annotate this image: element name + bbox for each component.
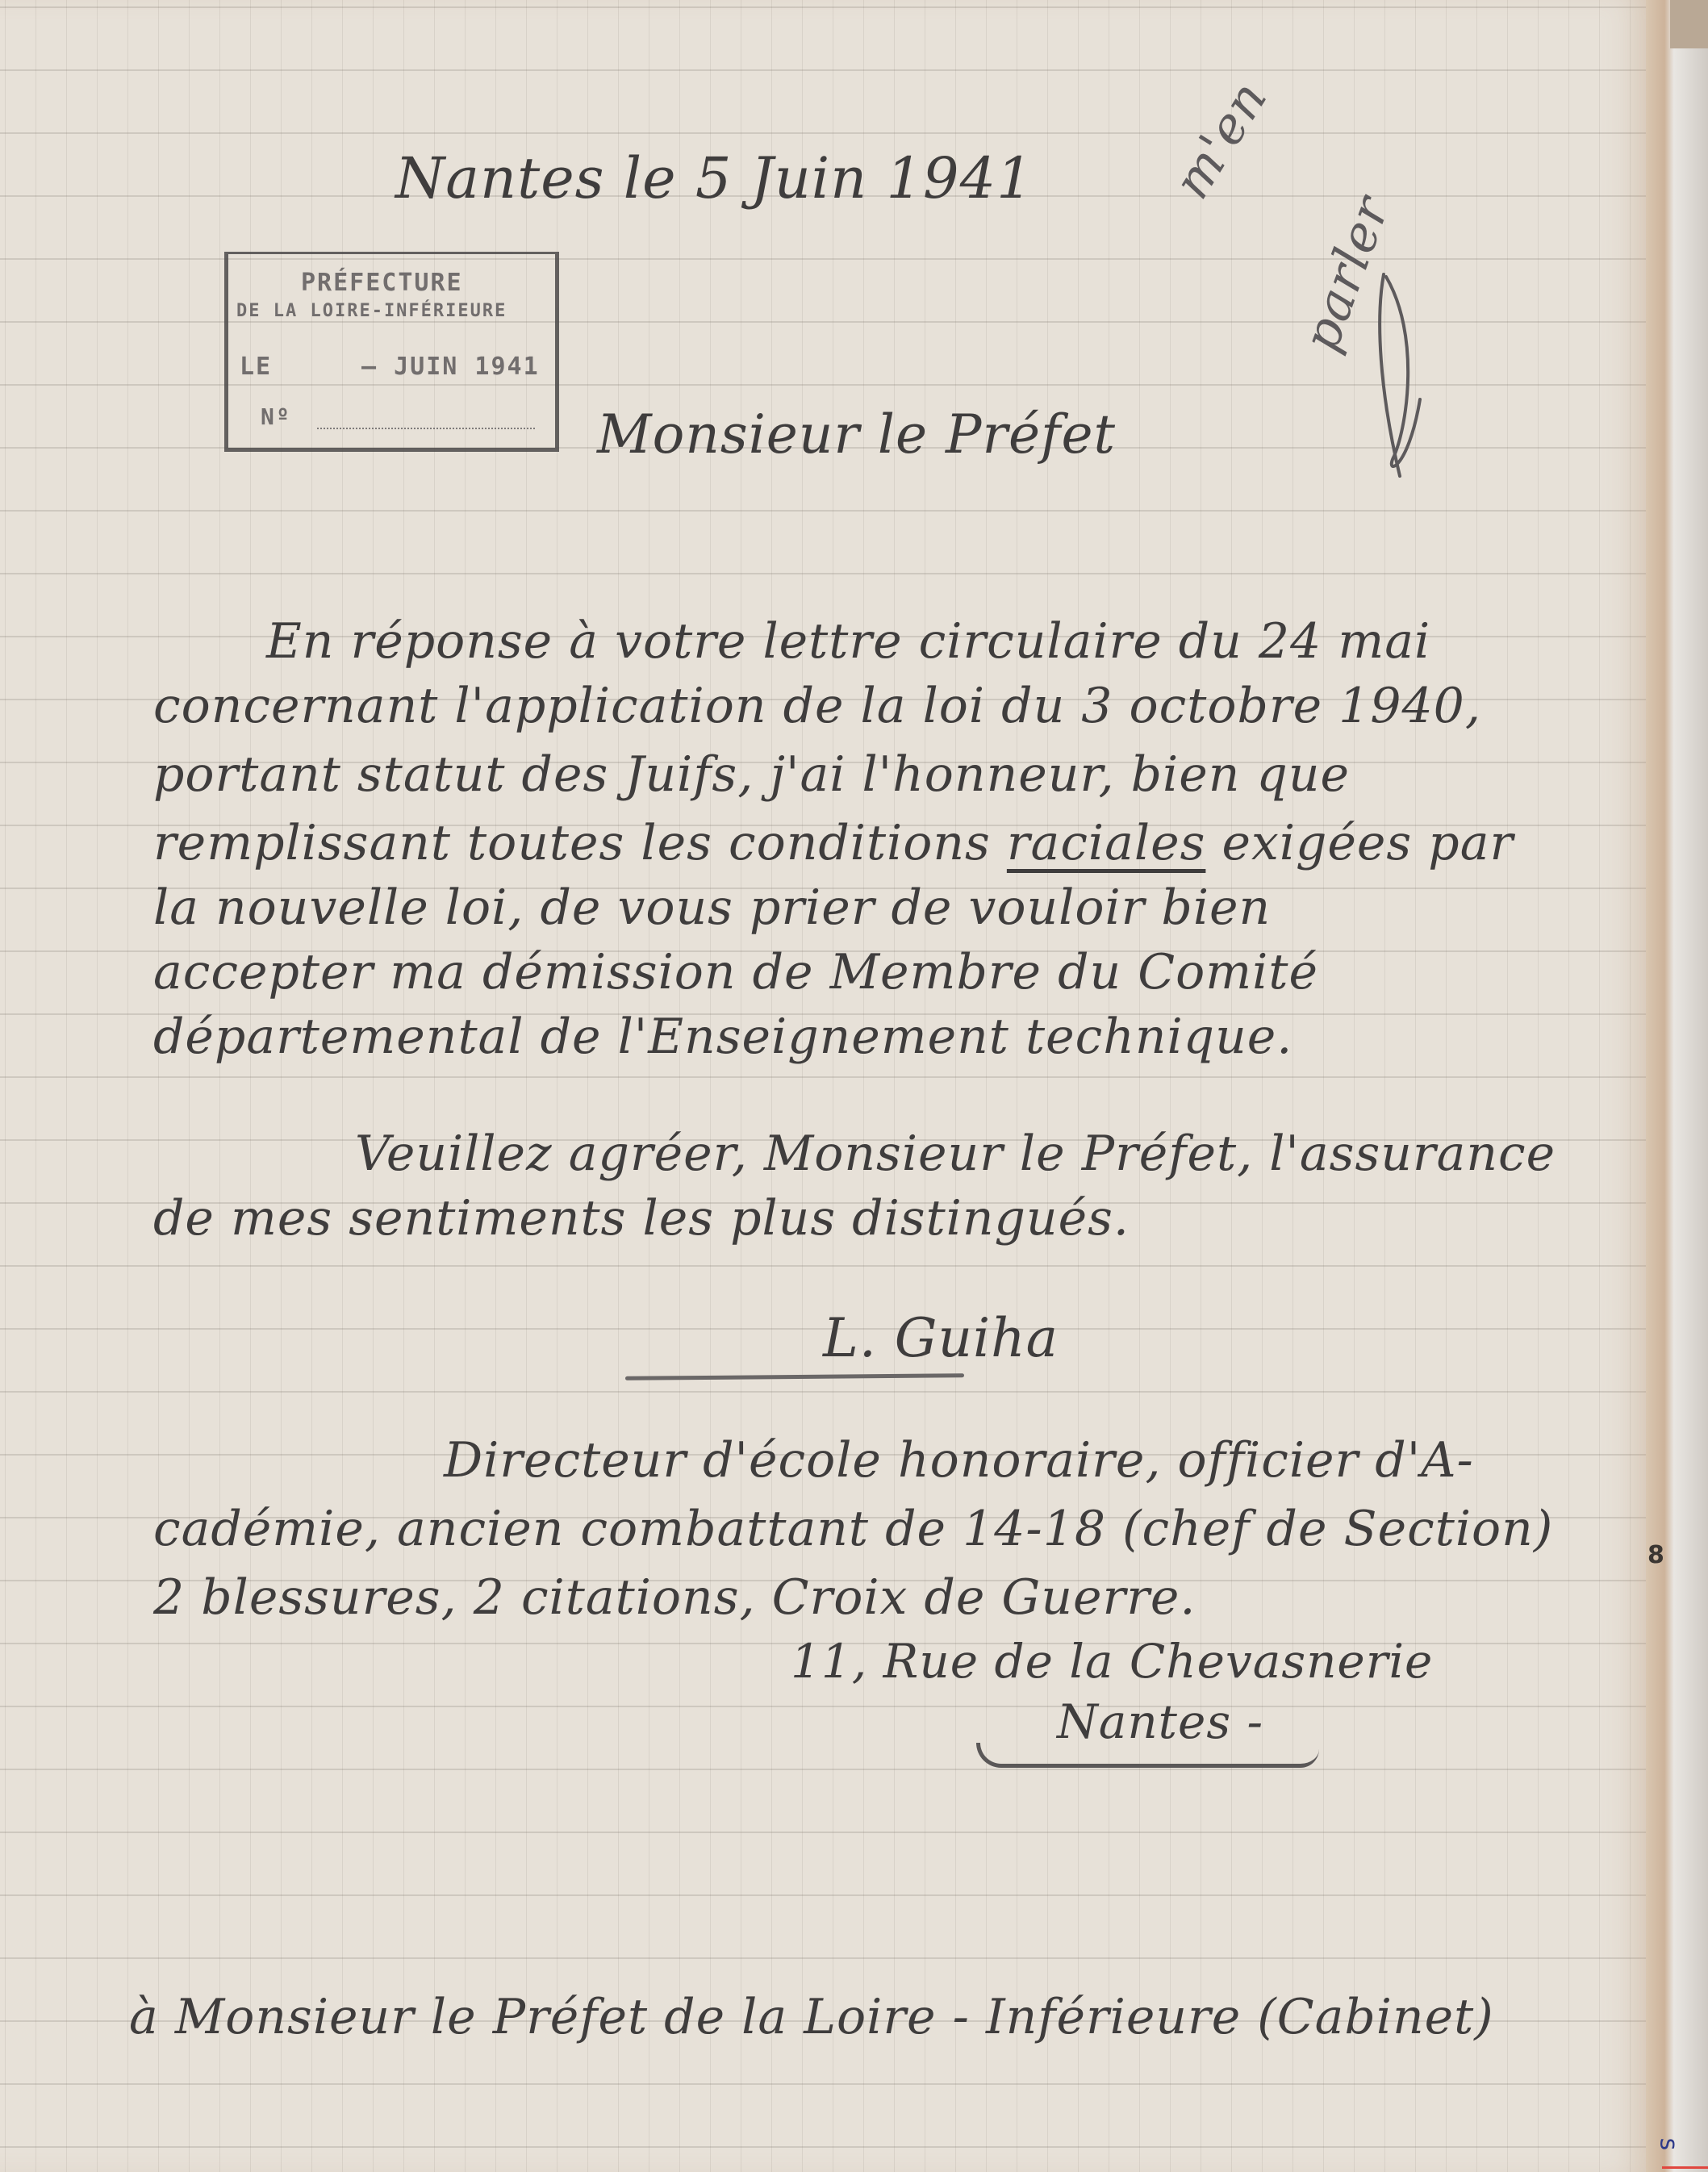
body-line: concernant l'application de la loi du 3 … [153,678,1481,734]
binder-corner [1670,0,1708,48]
closing-line: de mes sentiments les plus distingués. [153,1190,1130,1247]
body-line: portant statut des Juifs, j'ai l'honneur… [153,746,1350,803]
closing-line: Veuillez agréer, Monsieur le Préfet, l'a… [355,1126,1556,1182]
body-line: départemental de l'Enseignement techniqu… [153,1009,1292,1065]
address-street: 11, Rue de la Chevasnerie [791,1634,1433,1689]
letter-sheet: Nantes le 5 Juin 1941 PRÉFECTURE DE LA L… [0,0,1646,2172]
body-line-segment: exigées par [1221,815,1514,871]
prefecture-stamp: PRÉFECTURE DE LA LOIRE-INFÉRIEURE LE — J… [224,252,559,452]
body-line: accepter ma démission de Membre du Comit… [153,944,1318,1000]
salutation: Monsieur le Préfet [597,403,1116,466]
address-underline [976,1743,1319,1768]
page-number: 8 [1647,1541,1664,1569]
titles-line: Directeur d'école honoraire, officier d'… [444,1432,1474,1489]
red-margin-line [1662,2166,1708,2169]
stamp-date-value: — JUIN 1941 [361,353,540,381]
signature-flourish [625,1373,964,1380]
body-line: la nouvelle loi, de vous prier de vouloi… [153,879,1271,936]
stamp-line-prefecture: PRÉFECTURE [301,269,463,297]
addressee-line: à Monsieur le Préfet de la Loire - Infér… [129,1989,1494,2045]
signature: L. Guiha [823,1307,1059,1369]
annotation-text-1: m'en [1162,70,1279,208]
stamp-line-department: DE LA LOIRE-INFÉRIEURE [236,301,507,321]
stacked-pages-edge [1646,0,1708,2172]
margin-mark: s [1654,2138,1682,2151]
annotation-initial-icon [1372,270,1428,480]
body-line: remplissant toutes les conditions racial… [153,815,1514,871]
underlined-word: raciales [1007,815,1206,871]
body-line: En réponse à votre lettre circulaire du … [266,613,1430,670]
address-city: Nantes - [1057,1694,1263,1749]
body-line-segment: remplissant toutes les conditions [153,815,991,871]
stamp-date-label: LE [240,353,272,381]
place-date: Nantes le 5 Juin 1941 [395,145,1034,211]
stamp-number-label: Nº [261,403,291,430]
titles-line: cadémie, ancien combattant de 14-18 (che… [153,1501,1553,1557]
titles-line: 2 blessures, 2 citations, Croix de Guerr… [153,1569,1196,1626]
stamp-number-field [317,428,535,429]
